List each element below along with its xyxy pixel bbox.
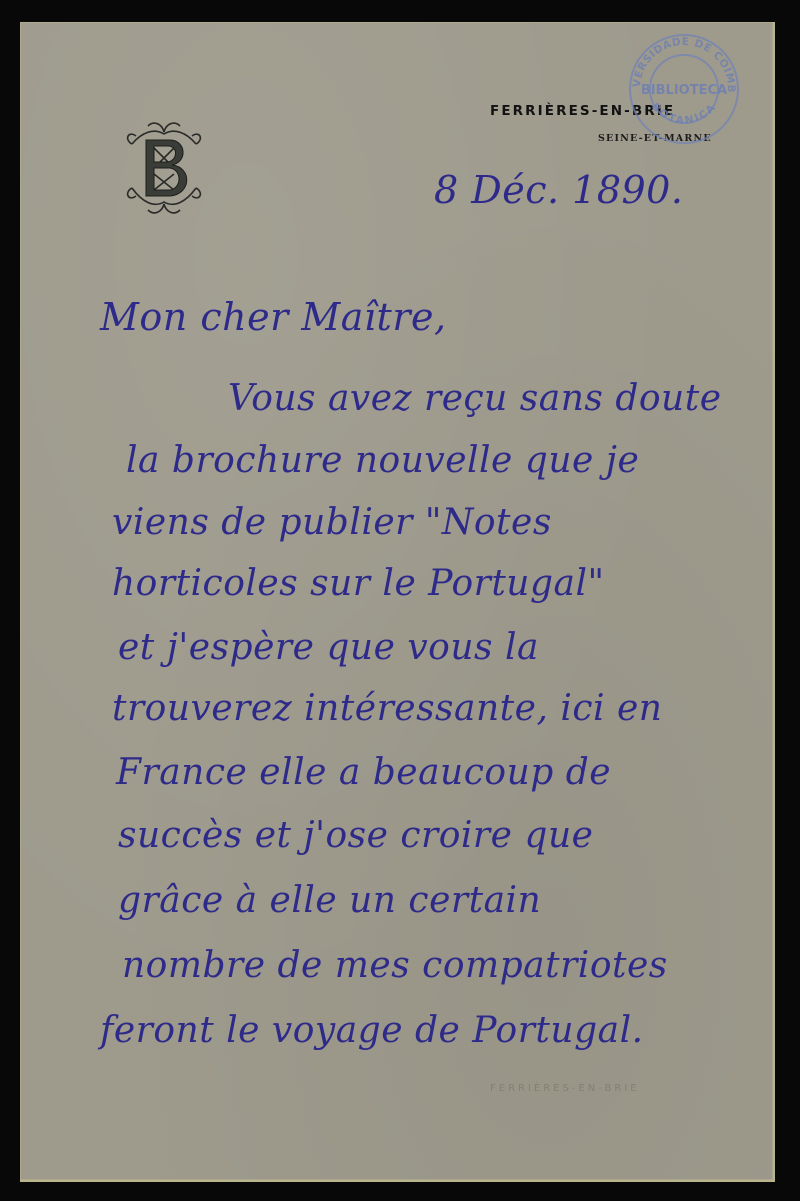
faint-show-through-text: FERRIÈRES-EN-BRIE bbox=[490, 1083, 640, 1094]
monogram-b-icon bbox=[118, 118, 210, 218]
body-line: trouverez intéressante, ici en bbox=[112, 688, 662, 729]
letter-date: 8 Déc. 1890. bbox=[434, 168, 683, 212]
svg-text:BIBLIOTECA: BIBLIOTECA bbox=[641, 83, 727, 98]
body-line: la brochure nouvelle que je bbox=[126, 440, 639, 481]
letter-salutation: Mon cher Maître, bbox=[100, 295, 447, 339]
body-line: feront le voyage de Portugal. bbox=[100, 1010, 644, 1051]
body-line: et j'espère que vous la bbox=[118, 627, 539, 668]
body-line: France elle a beaucoup de bbox=[116, 752, 611, 793]
svg-text:BOTANICA: BOTANICA bbox=[649, 101, 719, 127]
body-line: viens de publier "Notes bbox=[112, 502, 552, 543]
scanned-page: FERRIÈRES-EN-BRIE SEINE-ET-MARNE UNIVERS… bbox=[0, 0, 800, 1201]
body-line: succès et j'ose croire que bbox=[118, 815, 593, 856]
body-line: grâce à elle un certain bbox=[118, 880, 541, 921]
body-line: nombre de mes compatriotes bbox=[122, 945, 668, 986]
body-line: horticoles sur le Portugal" bbox=[112, 563, 605, 604]
body-line: Vous avez reçu sans doute bbox=[228, 378, 722, 419]
library-stamp-icon: UNIVERSIDADE DE COIMBRA BOTANICA BIBLIOT… bbox=[626, 31, 742, 147]
